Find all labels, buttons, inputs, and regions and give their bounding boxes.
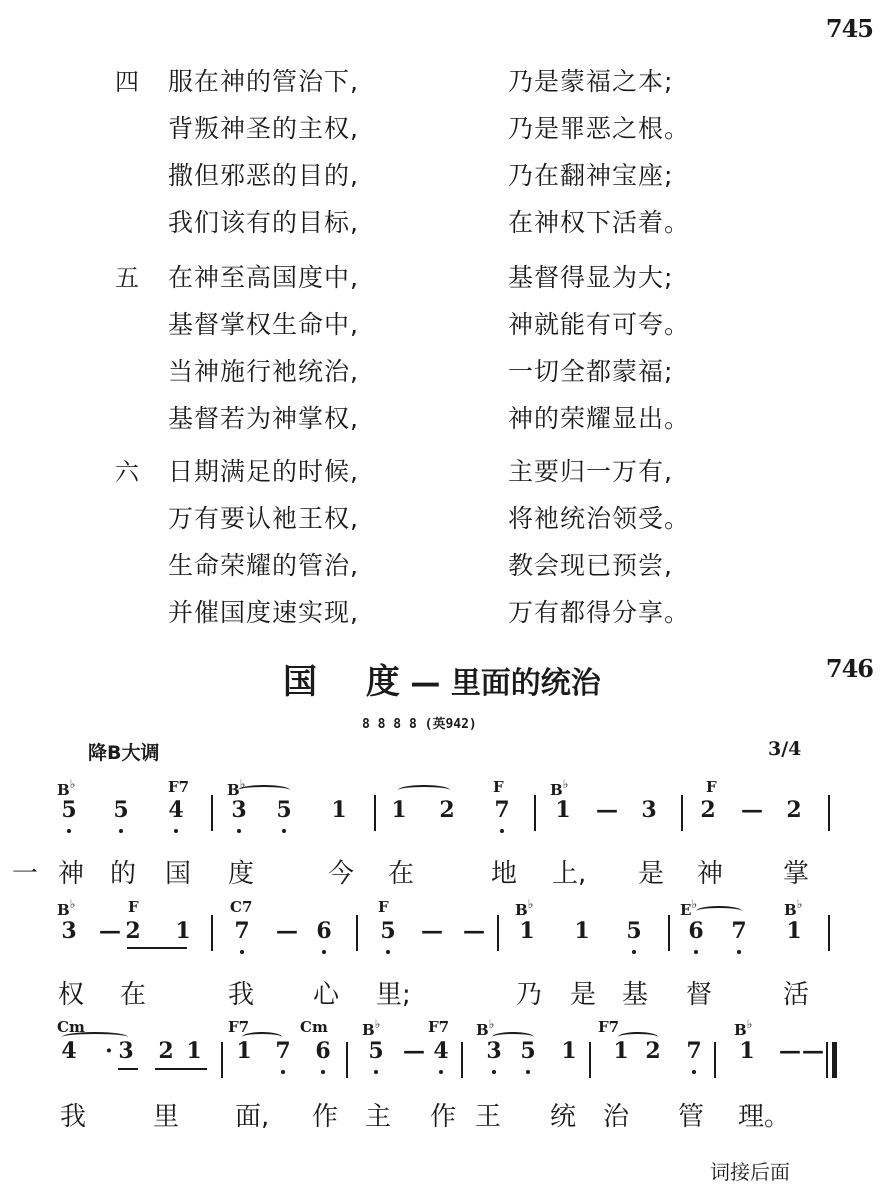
lyric-syllable: 作 bbox=[312, 1096, 338, 1133]
note: 2 bbox=[437, 797, 457, 823]
chord-symbol: F bbox=[493, 778, 504, 796]
sustain-dash: — bbox=[596, 797, 616, 823]
verse-line-first-half: 基督若为神掌权, bbox=[168, 399, 359, 435]
barline bbox=[668, 915, 670, 951]
lyric-syllable: 的 bbox=[110, 853, 136, 890]
sustain-dash: — bbox=[741, 797, 761, 823]
note-value: 5 bbox=[368, 1038, 383, 1064]
note: 5 bbox=[111, 797, 131, 823]
lower-octave-dot bbox=[692, 1070, 696, 1074]
lower-octave-dot bbox=[632, 950, 636, 954]
lyric-syllable: 地 bbox=[491, 853, 517, 890]
lyric-syllable: 掌 bbox=[783, 853, 809, 890]
hymn-title: 国 度 — 里面的统治 bbox=[283, 654, 601, 703]
verse-line-first-half: 服在神的管治下, bbox=[168, 62, 359, 98]
note: 4 bbox=[431, 1038, 451, 1064]
note: 5 bbox=[378, 918, 398, 944]
verse-line-first-half: 在神至高国度中, bbox=[168, 258, 359, 294]
slur bbox=[696, 906, 742, 916]
note-value: — bbox=[741, 797, 763, 823]
barline bbox=[681, 795, 683, 831]
note-value: 5 bbox=[626, 918, 641, 944]
verse-line-second-half: 神的荣耀显出。 bbox=[508, 399, 690, 435]
note-value: 7 bbox=[686, 1038, 701, 1064]
verse-line-first-half: 生命荣耀的管治, bbox=[168, 546, 359, 582]
lyric-syllable: 统 bbox=[550, 1096, 576, 1133]
chord-root: B bbox=[362, 1021, 375, 1039]
flat-icon: ♭ bbox=[528, 897, 534, 911]
verse-line-first-half: 撒但邪恶的目的, bbox=[168, 156, 359, 192]
barline bbox=[346, 1042, 348, 1078]
note: 3 bbox=[639, 797, 659, 823]
lower-octave-dot bbox=[694, 950, 698, 954]
barline bbox=[461, 1042, 463, 1078]
chord-root: E bbox=[680, 901, 691, 919]
note-value: 1 bbox=[574, 918, 589, 944]
chord-symbol: F bbox=[706, 778, 717, 796]
flat-icon: ♭ bbox=[70, 897, 76, 911]
lyric-syllable: 面, bbox=[235, 1096, 269, 1133]
flat-icon: ♭ bbox=[489, 1017, 495, 1031]
verse-line-second-half: 乃在翻神宝座; bbox=[508, 156, 673, 192]
lower-octave-dot bbox=[321, 1070, 325, 1074]
verse-line-second-half: 万有都得分享。 bbox=[508, 593, 690, 629]
note: 1 bbox=[173, 918, 193, 944]
lyric-syllable: 一 bbox=[12, 853, 38, 890]
barline bbox=[828, 915, 830, 951]
verse-line-first-half: 背叛神圣的主权, bbox=[168, 109, 359, 145]
note: 3 bbox=[229, 797, 249, 823]
verse-line-second-half: 将衪统治领受。 bbox=[508, 499, 690, 535]
title-separator: — bbox=[410, 666, 440, 701]
note: 3 bbox=[59, 918, 79, 944]
note-value: 3 bbox=[231, 797, 246, 823]
note-value: 1 bbox=[391, 797, 406, 823]
barline bbox=[211, 795, 213, 831]
title-subtitle: 里面的统治 bbox=[451, 666, 601, 701]
note-value: 2 bbox=[786, 797, 801, 823]
chord-root: C7 bbox=[230, 898, 252, 916]
lyric-syllable: 国 bbox=[165, 853, 191, 890]
lyric-syllable: 上, bbox=[552, 853, 586, 890]
note-value: — bbox=[779, 1038, 801, 1064]
chord-root: F bbox=[706, 778, 717, 796]
note: 1 bbox=[572, 918, 592, 944]
lyric-syllable: 管 bbox=[678, 1096, 704, 1133]
title-part2: 度 bbox=[366, 662, 400, 702]
barline bbox=[589, 1042, 591, 1078]
verse-line-first-half: 并催国度速实现, bbox=[168, 593, 359, 629]
note-value: — bbox=[421, 918, 443, 944]
verse-line-first-half: 日期满足的时候, bbox=[168, 452, 359, 488]
verse-line-second-half: 基督得显为大; bbox=[508, 258, 673, 294]
page-hymn-number: 745 bbox=[826, 14, 873, 43]
note: 5 bbox=[274, 797, 294, 823]
note: 5 bbox=[366, 1038, 386, 1064]
barline bbox=[374, 795, 376, 831]
verse-line-first-half: 我们该有的目标, bbox=[168, 203, 359, 239]
verse-number: 四 bbox=[115, 62, 139, 97]
final-barline-thick bbox=[832, 1042, 837, 1078]
lyric-syllable: 基 bbox=[622, 974, 648, 1011]
lyric-syllable: 主 bbox=[365, 1096, 391, 1133]
barline bbox=[828, 795, 830, 831]
verse-line-second-half: 乃是蒙福之本; bbox=[508, 62, 673, 98]
lower-octave-dot bbox=[386, 950, 390, 954]
chord-symbol: B♭ bbox=[362, 1018, 380, 1039]
chord-root: B bbox=[476, 1021, 489, 1039]
note-value: 2 bbox=[125, 918, 140, 944]
note-value: 2 bbox=[700, 797, 715, 823]
note-value: 4 bbox=[168, 797, 183, 823]
note: 1 bbox=[329, 797, 349, 823]
note: 1 bbox=[737, 1038, 757, 1064]
lyric-syllable: 在 bbox=[120, 974, 146, 1011]
note-value: 4 bbox=[433, 1038, 448, 1064]
note-value: 3 bbox=[61, 918, 76, 944]
note-value: 2 bbox=[439, 797, 454, 823]
sustain-dash: — bbox=[463, 918, 483, 944]
barline bbox=[356, 915, 358, 951]
slur bbox=[242, 1032, 282, 1042]
lower-octave-dot bbox=[281, 1070, 285, 1074]
lyric-syllable: 活 bbox=[783, 974, 809, 1011]
lyric-syllable: 我 bbox=[228, 974, 254, 1011]
note: 6 bbox=[313, 1038, 333, 1064]
slur bbox=[238, 785, 290, 795]
verse-line-second-half: 在神权下活着。 bbox=[508, 203, 690, 239]
barline bbox=[211, 915, 213, 951]
barline bbox=[534, 795, 536, 831]
chord-symbol: B♭ bbox=[57, 778, 75, 799]
note: 2 bbox=[156, 1038, 176, 1064]
chord-symbol: B♭ bbox=[784, 898, 802, 919]
lower-octave-dot bbox=[174, 829, 178, 833]
lyric-syllable: 是 bbox=[570, 974, 596, 1011]
beam-underline bbox=[118, 1068, 138, 1070]
verse-line-first-half: 当神施行衪统治, bbox=[168, 352, 359, 388]
sustain-dash: — bbox=[99, 918, 119, 944]
note: 5 bbox=[59, 797, 79, 823]
chord-symbol: C7 bbox=[230, 898, 252, 916]
lower-octave-dot bbox=[119, 829, 123, 833]
lower-octave-dot bbox=[500, 829, 504, 833]
note-value: — bbox=[802, 1038, 824, 1064]
verse-line-second-half: 神就能有可夸。 bbox=[508, 305, 690, 341]
note: 1 bbox=[559, 1038, 579, 1064]
chord-root: Cm bbox=[300, 1018, 328, 1036]
chord-root: F7 bbox=[598, 1018, 619, 1036]
lyric-syllable: 督 bbox=[686, 974, 712, 1011]
note-value: 1 bbox=[331, 797, 346, 823]
chord-root: F7 bbox=[168, 778, 189, 796]
lyric-syllable: 权 bbox=[58, 974, 84, 1011]
note-value: 1 bbox=[786, 918, 801, 944]
lower-octave-dot bbox=[374, 1070, 378, 1074]
barline bbox=[497, 915, 499, 951]
verse-line-first-half: 万有要认衪王权, bbox=[168, 499, 359, 535]
lyric-syllable: 治 bbox=[603, 1096, 629, 1133]
slur bbox=[62, 1032, 128, 1042]
chord-symbol: Cm bbox=[300, 1018, 328, 1036]
lower-octave-dot bbox=[439, 1070, 443, 1074]
note-value: 1 bbox=[175, 918, 190, 944]
chord-symbol: F7 bbox=[428, 1018, 449, 1036]
verse-line-second-half: 乃是罪恶之根。 bbox=[508, 109, 690, 145]
chord-root: B bbox=[734, 1021, 747, 1039]
note: 2 bbox=[123, 918, 143, 944]
flat-icon: ♭ bbox=[797, 897, 803, 911]
lyrics-continued-note: 词接后面 bbox=[710, 1156, 790, 1185]
verse-number: 五 bbox=[115, 258, 139, 293]
lyric-syllable: 乃 bbox=[516, 974, 542, 1011]
lyric-syllable: 心 bbox=[313, 974, 339, 1011]
lyric-syllable: 理。 bbox=[738, 1096, 790, 1133]
time-signature: 3/4 bbox=[768, 738, 801, 760]
note-value: 1 bbox=[186, 1038, 201, 1064]
flat-icon: ♭ bbox=[375, 1017, 381, 1031]
sustain-dash: — bbox=[276, 918, 296, 944]
key-signature: 降B大调 bbox=[88, 738, 159, 765]
note: 5 bbox=[624, 918, 644, 944]
note-value: — bbox=[99, 918, 121, 944]
chord-root: F7 bbox=[428, 1018, 449, 1036]
verse-line-second-half: 一切全都蒙福; bbox=[508, 352, 673, 388]
lower-octave-dot bbox=[737, 950, 741, 954]
chord-root: F bbox=[128, 898, 139, 916]
chord-symbol: B♭ bbox=[550, 778, 568, 799]
note: 2 bbox=[698, 797, 718, 823]
flat-icon: ♭ bbox=[747, 1017, 753, 1031]
note-value: 1 bbox=[555, 797, 570, 823]
sustain-dash: — bbox=[779, 1038, 799, 1064]
note-value: 2 bbox=[158, 1038, 173, 1064]
note-value: — bbox=[596, 797, 618, 823]
note-value: 3 bbox=[641, 797, 656, 823]
note-value: 1 bbox=[519, 918, 534, 944]
lower-octave-dot bbox=[322, 950, 326, 954]
chord-root: B bbox=[515, 901, 528, 919]
note-value: — bbox=[463, 918, 485, 944]
note-value: 5 bbox=[61, 797, 76, 823]
chord-symbol: F bbox=[378, 898, 389, 916]
note: 7 bbox=[232, 918, 252, 944]
lyric-syllable: 度 bbox=[228, 853, 254, 890]
chord-root: B bbox=[57, 901, 70, 919]
hymn-number: 746 bbox=[826, 654, 873, 683]
chord-symbol: B♭ bbox=[734, 1018, 752, 1039]
lower-octave-dot bbox=[526, 1070, 530, 1074]
chord-symbol: F7 bbox=[168, 778, 189, 796]
chord-symbol: B♭ bbox=[515, 898, 533, 919]
verse-line-second-half: 主要归一万有, bbox=[508, 452, 673, 488]
note-value: 6 bbox=[688, 918, 703, 944]
note-value: 7 bbox=[494, 797, 509, 823]
barline bbox=[714, 1042, 716, 1078]
slur bbox=[492, 1032, 534, 1042]
note-value: 7 bbox=[234, 918, 249, 944]
note-value: 1 bbox=[561, 1038, 576, 1064]
note: 7 bbox=[492, 797, 512, 823]
lyric-syllable: 神 bbox=[697, 853, 723, 890]
lower-octave-dot bbox=[492, 1070, 496, 1074]
chord-root: F bbox=[378, 898, 389, 916]
sustain-dash: — bbox=[802, 1038, 822, 1064]
note-value: — bbox=[276, 918, 298, 944]
note: 6 bbox=[314, 918, 334, 944]
note: 7 bbox=[684, 1038, 704, 1064]
note-value: 7 bbox=[731, 918, 746, 944]
slur bbox=[398, 785, 450, 795]
lower-octave-dot bbox=[282, 829, 286, 833]
chord-symbol: F7 bbox=[598, 1018, 619, 1036]
chord-root: F bbox=[493, 778, 504, 796]
lyric-syllable: 我 bbox=[60, 1096, 86, 1133]
note: 1 bbox=[553, 797, 573, 823]
note: 2 bbox=[784, 797, 804, 823]
note: 1 bbox=[389, 797, 409, 823]
lower-octave-dot bbox=[67, 829, 71, 833]
barline bbox=[221, 1042, 223, 1078]
meter-info: 8 8 8 8 (英942) bbox=[362, 713, 477, 732]
note: 1 bbox=[784, 918, 804, 944]
note-value: 5 bbox=[380, 918, 395, 944]
verse-number: 六 bbox=[115, 452, 139, 487]
note: 6 bbox=[686, 918, 706, 944]
verse-line-second-half: 教会现已预尝, bbox=[508, 546, 673, 582]
slur bbox=[618, 1032, 658, 1042]
final-barline-thin bbox=[826, 1042, 828, 1078]
note-value: 5 bbox=[276, 797, 291, 823]
beam-underline bbox=[155, 1068, 207, 1070]
lyric-syllable: 作 bbox=[430, 1096, 456, 1133]
note-value: 1 bbox=[739, 1038, 754, 1064]
flat-icon: ♭ bbox=[70, 777, 76, 791]
lyric-syllable: 是 bbox=[638, 853, 664, 890]
sustain-dash: — bbox=[403, 1038, 423, 1064]
verse-line-first-half: 基督掌权生命中, bbox=[168, 305, 359, 341]
note: 1 bbox=[184, 1038, 204, 1064]
chord-symbol: B♭ bbox=[57, 898, 75, 919]
lower-octave-dot bbox=[240, 950, 244, 954]
lyric-syllable: 神 bbox=[58, 853, 84, 890]
chord-root: B bbox=[784, 901, 797, 919]
lower-octave-dot bbox=[237, 829, 241, 833]
note-value: 6 bbox=[315, 1038, 330, 1064]
note-value: 6 bbox=[316, 918, 331, 944]
lyric-syllable: 在 bbox=[388, 853, 414, 890]
note: 1 bbox=[517, 918, 537, 944]
note-value: — bbox=[403, 1038, 425, 1064]
note: 7 bbox=[729, 918, 749, 944]
lyric-syllable: 王 bbox=[475, 1096, 501, 1133]
title-part1: 国 bbox=[283, 662, 317, 702]
note-value: 5 bbox=[113, 797, 128, 823]
lyric-syllable: 今 bbox=[328, 853, 354, 890]
flat-icon: ♭ bbox=[563, 777, 569, 791]
chord-symbol: E♭ bbox=[680, 898, 697, 919]
note: 4 bbox=[166, 797, 186, 823]
lyric-syllable: 里; bbox=[376, 974, 411, 1011]
lyric-syllable: 里 bbox=[153, 1096, 179, 1133]
chord-symbol: F bbox=[128, 898, 139, 916]
beam-underline bbox=[127, 947, 187, 949]
sustain-dash: — bbox=[421, 918, 441, 944]
